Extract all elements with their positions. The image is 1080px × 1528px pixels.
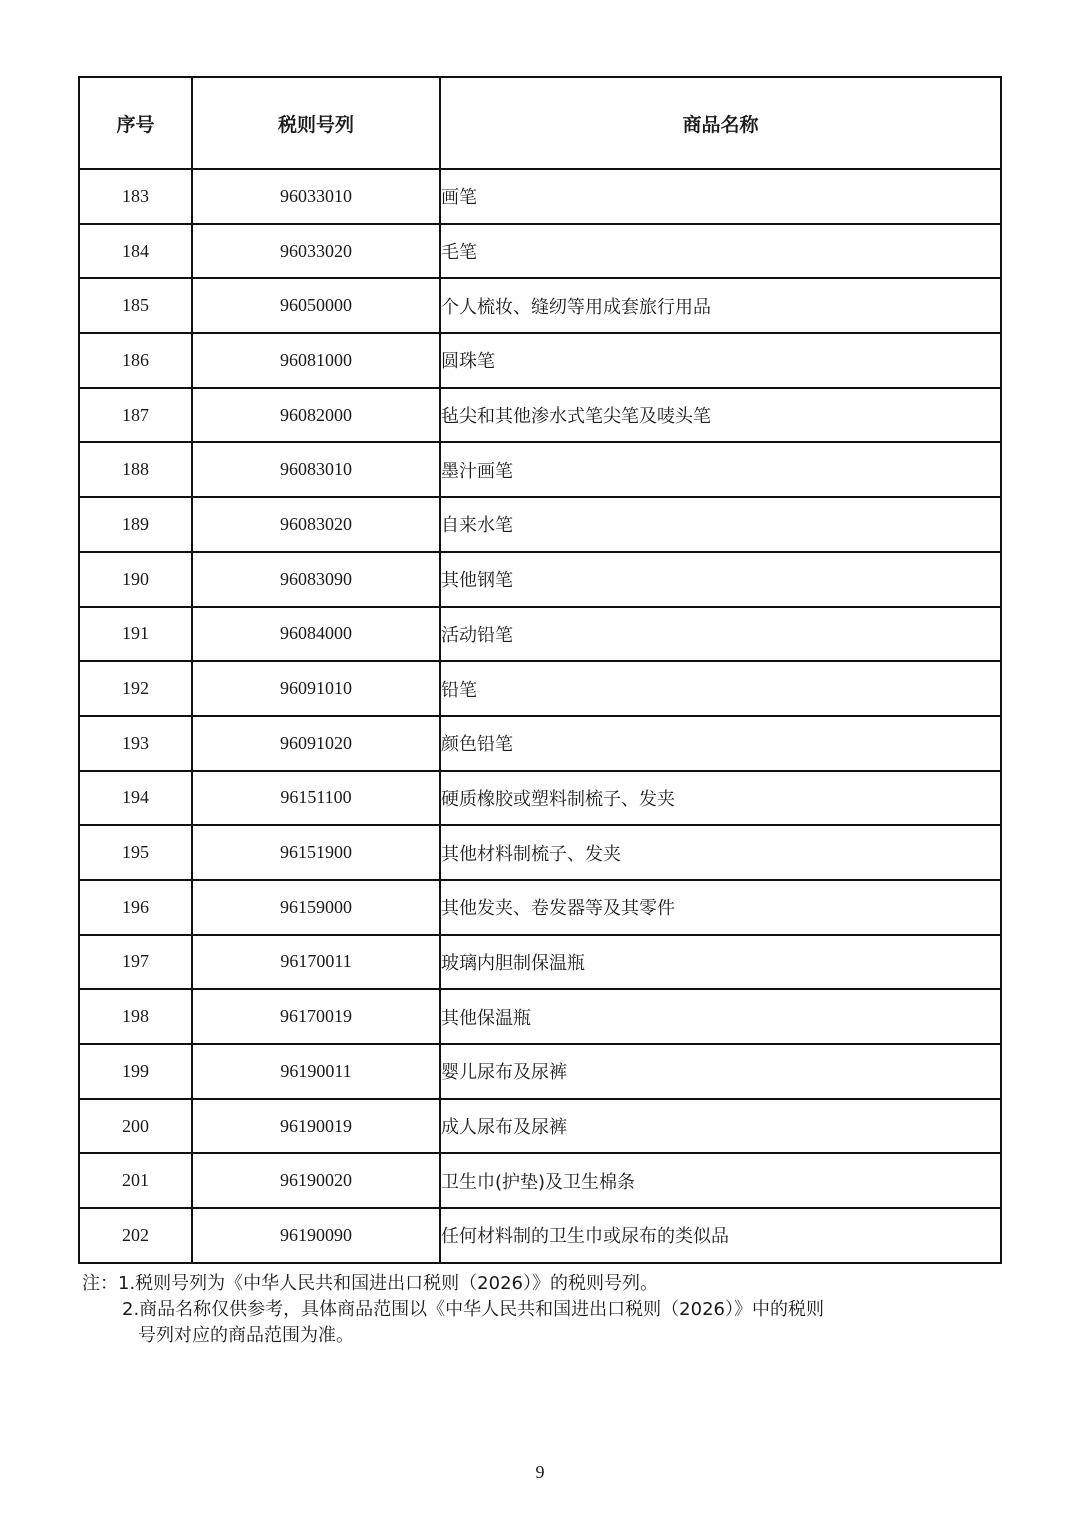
table-row: 19996190011婴儿尿布及尿裤 bbox=[79, 1044, 1001, 1099]
cell-code: 96091020 bbox=[192, 716, 440, 771]
cell-code: 96190011 bbox=[192, 1044, 440, 1099]
cell-seq: 192 bbox=[79, 661, 192, 716]
cell-name: 毡尖和其他渗水式笔尖笔及唛头笔 bbox=[440, 388, 1001, 443]
table-row: 18596050000个人梳妆、缝纫等用成套旅行用品 bbox=[79, 278, 1001, 333]
cell-name: 婴儿尿布及尿裤 bbox=[440, 1044, 1001, 1099]
cell-seq: 202 bbox=[79, 1208, 192, 1263]
cell-seq: 197 bbox=[79, 935, 192, 990]
cell-seq: 186 bbox=[79, 333, 192, 388]
cell-seq: 185 bbox=[79, 278, 192, 333]
cell-code: 96190020 bbox=[192, 1153, 440, 1208]
cell-name: 圆珠笔 bbox=[440, 333, 1001, 388]
cell-name: 自来水笔 bbox=[440, 497, 1001, 552]
header-code: 税则号列 bbox=[192, 77, 440, 169]
cell-code: 96170011 bbox=[192, 935, 440, 990]
table-row: 20296190090任何材料制的卫生巾或尿布的类似品 bbox=[79, 1208, 1001, 1263]
header-seq: 序号 bbox=[79, 77, 192, 169]
table-row: 19696159000其他发夹、卷发器等及其零件 bbox=[79, 880, 1001, 935]
notes: 注：1.税则号列为《中华人民共和国进出口税则（2026）》的税则号列。 2.商品… bbox=[82, 1271, 1012, 1349]
cell-seq: 188 bbox=[79, 442, 192, 497]
cell-code: 96151100 bbox=[192, 771, 440, 826]
cell-code: 96151900 bbox=[192, 825, 440, 880]
table-row: 20096190019成人尿布及尿裤 bbox=[79, 1099, 1001, 1154]
cell-name: 颜色铅笔 bbox=[440, 716, 1001, 771]
table-row: 18696081000圆珠笔 bbox=[79, 333, 1001, 388]
table-row: 19096083090其他钢笔 bbox=[79, 552, 1001, 607]
cell-seq: 191 bbox=[79, 607, 192, 662]
note-2-continued: 号列对应的商品范围为准。 bbox=[82, 1323, 1012, 1349]
cell-seq: 187 bbox=[79, 388, 192, 443]
cell-seq: 199 bbox=[79, 1044, 192, 1099]
cell-name: 其他钢笔 bbox=[440, 552, 1001, 607]
table-row: 18796082000毡尖和其他渗水式笔尖笔及唛头笔 bbox=[79, 388, 1001, 443]
cell-code: 96084000 bbox=[192, 607, 440, 662]
table-row: 19296091010铅笔 bbox=[79, 661, 1001, 716]
cell-name: 毛笔 bbox=[440, 224, 1001, 279]
cell-code: 96082000 bbox=[192, 388, 440, 443]
cell-seq: 184 bbox=[79, 224, 192, 279]
cell-seq: 189 bbox=[79, 497, 192, 552]
table-header-row: 序号 税则号列 商品名称 bbox=[79, 77, 1001, 169]
table-row: 19896170019其他保温瓶 bbox=[79, 989, 1001, 1044]
cell-name: 玻璃内胆制保温瓶 bbox=[440, 935, 1001, 990]
cell-seq: 201 bbox=[79, 1153, 192, 1208]
cell-name: 个人梳妆、缝纫等用成套旅行用品 bbox=[440, 278, 1001, 333]
note-1: 注：1.税则号列为《中华人民共和国进出口税则（2026）》的税则号列。 bbox=[82, 1271, 1012, 1297]
table-row: 20196190020卫生巾(护垫)及卫生棉条 bbox=[79, 1153, 1001, 1208]
cell-code: 96033010 bbox=[192, 169, 440, 224]
cell-name: 任何材料制的卫生巾或尿布的类似品 bbox=[440, 1208, 1001, 1263]
cell-code: 96190019 bbox=[192, 1099, 440, 1154]
header-name: 商品名称 bbox=[440, 77, 1001, 169]
cell-name: 墨汁画笔 bbox=[440, 442, 1001, 497]
cell-code: 96033020 bbox=[192, 224, 440, 279]
page-number: 9 bbox=[0, 1462, 1080, 1483]
cell-seq: 183 bbox=[79, 169, 192, 224]
cell-name: 活动铅笔 bbox=[440, 607, 1001, 662]
cell-seq: 190 bbox=[79, 552, 192, 607]
cell-seq: 198 bbox=[79, 989, 192, 1044]
cell-code: 96083020 bbox=[192, 497, 440, 552]
note-2: 2.商品名称仅供参考，具体商品范围以《中华人民共和国进出口税则（2026）》中的… bbox=[82, 1297, 1012, 1323]
table-row: 19396091020颜色铅笔 bbox=[79, 716, 1001, 771]
tariff-table: 序号 税则号列 商品名称 18396033010画笔18496033020毛笔1… bbox=[78, 76, 1002, 1264]
cell-seq: 196 bbox=[79, 880, 192, 935]
table-row: 18496033020毛笔 bbox=[79, 224, 1001, 279]
cell-seq: 194 bbox=[79, 771, 192, 826]
cell-name: 硬质橡胶或塑料制梳子、发夹 bbox=[440, 771, 1001, 826]
table-row: 18396033010画笔 bbox=[79, 169, 1001, 224]
cell-name: 其他材料制梳子、发夹 bbox=[440, 825, 1001, 880]
table-row: 19796170011玻璃内胆制保温瓶 bbox=[79, 935, 1001, 990]
cell-code: 96170019 bbox=[192, 989, 440, 1044]
cell-code: 96083010 bbox=[192, 442, 440, 497]
cell-name: 其他发夹、卷发器等及其零件 bbox=[440, 880, 1001, 935]
cell-name: 卫生巾(护垫)及卫生棉条 bbox=[440, 1153, 1001, 1208]
cell-seq: 195 bbox=[79, 825, 192, 880]
table-row: 19596151900其他材料制梳子、发夹 bbox=[79, 825, 1001, 880]
cell-code: 96081000 bbox=[192, 333, 440, 388]
table-row: 18896083010墨汁画笔 bbox=[79, 442, 1001, 497]
cell-seq: 200 bbox=[79, 1099, 192, 1154]
cell-seq: 193 bbox=[79, 716, 192, 771]
cell-code: 96050000 bbox=[192, 278, 440, 333]
cell-code: 96083090 bbox=[192, 552, 440, 607]
table-row: 18996083020自来水笔 bbox=[79, 497, 1001, 552]
cell-name: 成人尿布及尿裤 bbox=[440, 1099, 1001, 1154]
cell-code: 96159000 bbox=[192, 880, 440, 935]
cell-code: 96091010 bbox=[192, 661, 440, 716]
cell-name: 铅笔 bbox=[440, 661, 1001, 716]
table-row: 19196084000活动铅笔 bbox=[79, 607, 1001, 662]
table-row: 19496151100硬质橡胶或塑料制梳子、发夹 bbox=[79, 771, 1001, 826]
cell-name: 画笔 bbox=[440, 169, 1001, 224]
cell-name: 其他保温瓶 bbox=[440, 989, 1001, 1044]
cell-code: 96190090 bbox=[192, 1208, 440, 1263]
